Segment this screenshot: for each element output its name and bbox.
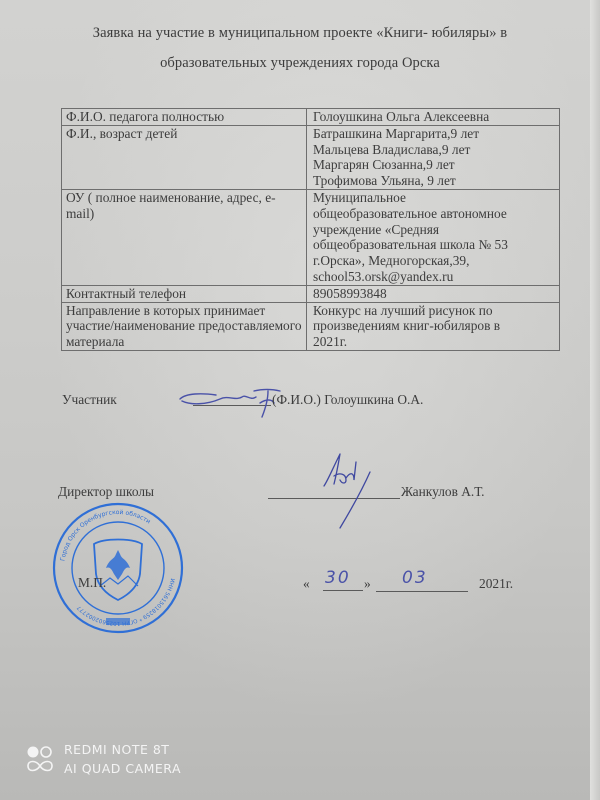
field-value-line: г.Орска», Медногорская,39, <box>313 253 555 269</box>
field-label: Направление в которых принимает участие/… <box>62 302 307 350</box>
field-value-line: Голоушкина Ольга Алексеевна <box>313 109 555 125</box>
director-signature <box>318 450 374 530</box>
field-value: Конкурс на лучший рисунок попроизведения… <box>307 302 560 350</box>
participant-fio: (Ф.И.О.) Голоушкина О.А. <box>272 392 423 408</box>
camera-watermark: REDMI NOTE 8T AI QUAD CAMERA <box>26 740 181 778</box>
field-value-line: 89058993848 <box>313 286 555 302</box>
date-year: 2021г. <box>479 576 513 592</box>
field-value-line: произведениям книг-юбиляров в <box>313 318 555 334</box>
stamp-place-mark: М.П. <box>78 575 106 591</box>
school-stamp: Город Орск Оренбургской области ИНН 5615… <box>50 500 186 636</box>
field-value-line: Конкурс на лучший рисунок по <box>313 303 555 319</box>
director-name: Жанкулов А.Т. <box>401 484 484 500</box>
table-row: Ф.И., возраст детейБатрашкина Маргарита,… <box>62 125 560 189</box>
date-open-quote: « <box>303 576 310 592</box>
date-month: 03 <box>402 568 428 588</box>
participant-signature <box>176 385 286 421</box>
table-row: ОУ ( полное наименование, адрес, e-mail)… <box>62 189 560 285</box>
field-value: Муниципальноеобщеобразовательное автоном… <box>307 189 560 285</box>
field-value-line: учреждение «Средняя <box>313 222 555 238</box>
table-row: Контактный телефон89058993848 <box>62 285 560 302</box>
participant-label: Участник <box>62 392 117 408</box>
date-day: 30 <box>325 568 351 588</box>
field-value-line: Мальцева Владислава,9 лет <box>313 142 555 158</box>
field-value-line: Муниципальное <box>313 190 555 206</box>
field-value-line: 2021г. <box>313 334 555 350</box>
field-label: Контактный телефон <box>62 285 307 302</box>
svg-text:Город Орск Оренбургской област: Город Орск Оренбургской области <box>59 509 151 562</box>
field-label: Ф.И., возраст детей <box>62 125 307 189</box>
watermark-camera: AI QUAD CAMERA <box>64 759 181 778</box>
watermark-device: REDMI NOTE 8T <box>64 740 181 759</box>
date-close-quote: » <box>364 576 371 592</box>
date-month-line <box>376 591 468 592</box>
table-row: Ф.И.О. педагога полностьюГолоушкина Ольг… <box>62 109 560 126</box>
director-label: Директор школы <box>58 484 154 500</box>
camera-logo-icon <box>26 744 54 774</box>
paper-edge <box>590 0 600 800</box>
field-value: Батрашкина Маргарита,9 летМальцева Влади… <box>307 125 560 189</box>
field-label: Ф.И.О. педагога полностью <box>62 109 307 126</box>
field-value-line: school53.orsk@yandex.ru <box>313 269 555 285</box>
field-value-line: общеобразовательное автономное <box>313 206 555 222</box>
table-row: Направление в которых принимает участие/… <box>62 302 560 350</box>
field-label: ОУ ( полное наименование, адрес, e-mail) <box>62 189 307 285</box>
field-value-line: Батрашкина Маргарита,9 лет <box>313 126 555 142</box>
field-value-line: общеобразовательная школа № 53 <box>313 237 555 253</box>
document-title-line-1: Заявка на участие в муниципальном проект… <box>0 25 600 42</box>
application-form-table: Ф.И.О. педагога полностьюГолоушкина Ольг… <box>61 108 560 351</box>
document-title-line-2: образовательных учреждениях города Орска <box>0 55 600 72</box>
field-value-line: Трофимова Ульяна, 9 лет <box>313 173 555 189</box>
date-day-line <box>323 590 363 591</box>
field-value: Голоушкина Ольга Алексеевна <box>307 109 560 126</box>
field-value: 89058993848 <box>307 285 560 302</box>
field-value-line: Маргарян Сюзанна,9 лет <box>313 157 555 173</box>
